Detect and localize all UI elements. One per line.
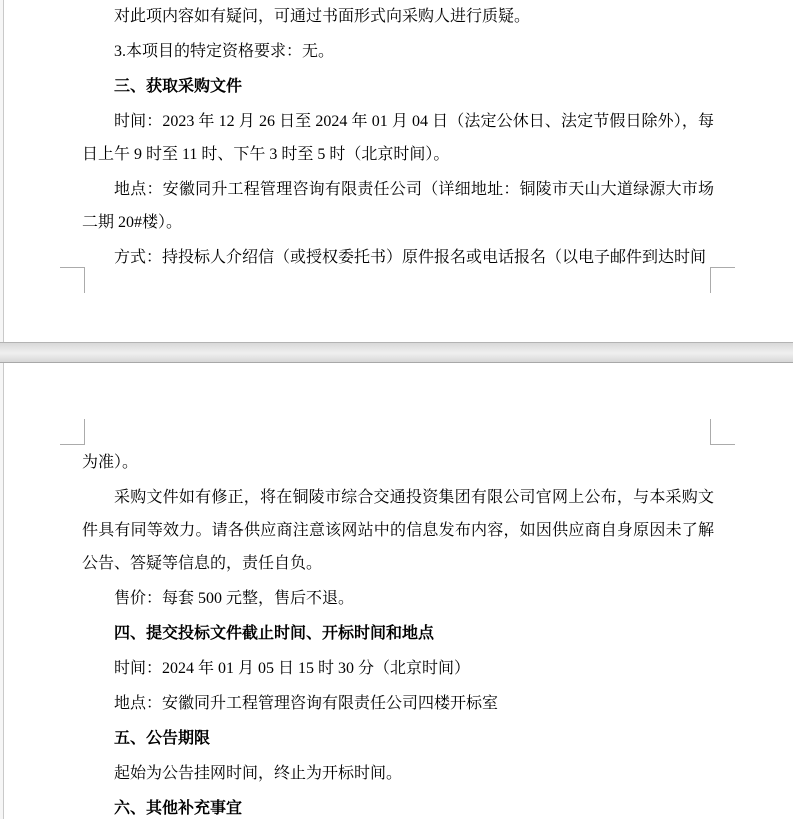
paragraph-deadline-time: 时间：2024 年 01 月 05 日 15 时 30 分（北京时间） [82, 652, 714, 685]
document-viewer: 对此项内容如有疑问，可通过书面形式向采购人进行质疑。 3.本项目的特定资格要求：… [0, 0, 793, 819]
paragraph-question-note: 对此项内容如有疑问，可通过书面形式向采购人进行质疑。 [82, 0, 714, 33]
paragraph-price: 售价：每套 500 元整，售后不退。 [82, 582, 714, 615]
paragraph-correction-notice: 采购文件如有修正，将在铜陵市综合交通投资集团有限公司官网上公布，与本采购文件具有… [82, 481, 714, 580]
document-page-1[interactable]: 对此项内容如有疑问，可通过书面形式向采购人进行质疑。 3.本项目的特定资格要求：… [4, 0, 793, 342]
paragraph-qualification-requirement: 3.本项目的特定资格要求：无。 [82, 35, 714, 68]
margin-crop-mark-top-left [60, 419, 85, 445]
paragraph-obtain-method: 方式：持投标人介绍信（或授权委托书）原件报名或电话报名（以电子邮件到达时间 [82, 241, 714, 274]
paragraph-bid-opening-location: 地点：安徽同升工程管理咨询有限责任公司四楼开标室 [82, 687, 714, 720]
heading-section-4-bid-deadline: 四、提交投标文件截止时间、开标时间和地点 [82, 617, 714, 650]
heading-section-6-other-matters: 六、其他补充事宜 [82, 792, 714, 819]
paragraph-obtain-location: 地点：安徽同升工程管理咨询有限责任公司（详细地址：铜陵市天山大道绿源大市场二期 … [82, 173, 714, 239]
margin-crop-mark-bottom-left [60, 267, 85, 293]
margin-crop-mark-top-right [710, 419, 735, 445]
heading-section-5-notice-period: 五、公告期限 [82, 722, 714, 755]
paragraph-obtain-time: 时间：2023 年 12 月 26 日至 2024 年 01 月 04 日（法定… [82, 105, 714, 171]
page-gap [0, 342, 793, 363]
paragraph-notice-period: 起始为公告挂网时间，终止为开标时间。 [82, 757, 714, 790]
page-2-text-area: 为准）。 采购文件如有修正，将在铜陵市综合交通投资集团有限公司官网上公布，与本采… [82, 361, 714, 819]
page-1-text-area: 对此项内容如有疑问，可通过书面形式向采购人进行质疑。 3.本项目的特定资格要求：… [82, 0, 714, 274]
margin-crop-mark-bottom-right [710, 267, 735, 293]
heading-section-3-obtain-documents: 三、获取采购文件 [82, 70, 714, 103]
document-page-2[interactable]: 为准）。 采购文件如有修正，将在铜陵市综合交通投资集团有限公司官网上公布，与本采… [4, 361, 793, 819]
paragraph-continuation: 为准）。 [82, 446, 714, 479]
